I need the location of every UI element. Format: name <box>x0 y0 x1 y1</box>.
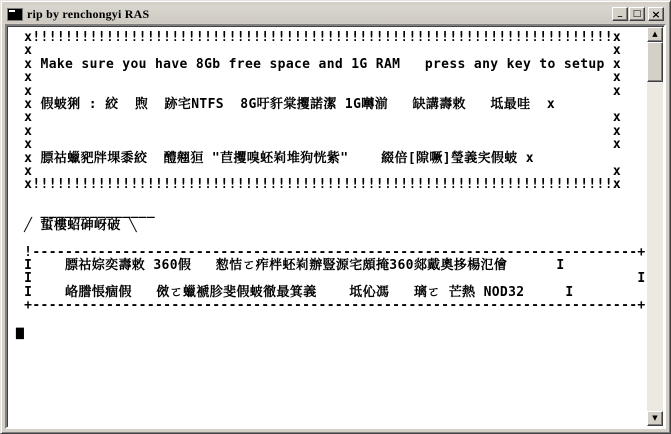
scroll-down-icon[interactable]: ▼ <box>647 411 663 426</box>
close-button[interactable]: × <box>648 7 664 21</box>
vertical-scrollbar[interactable]: ▲ ▼ <box>647 27 663 426</box>
console-output-area[interactable]: x!!!!!!!!!!!!!!!!!!!!!!!!!!!!!!!!!!!!!!!… <box>5 24 666 429</box>
ms-dos-icon[interactable] <box>7 8 23 21</box>
maximize-button[interactable]: □ <box>629 7 645 21</box>
title-bar[interactable]: rip by renchongyi RAS _ □ × <box>5 5 666 23</box>
console-window: rip by renchongyi RAS _ □ × x!!!!!!!!!!!… <box>0 0 671 434</box>
console-text: x!!!!!!!!!!!!!!!!!!!!!!!!!!!!!!!!!!!!!!!… <box>7 26 648 339</box>
scrollbar-thumb[interactable] <box>647 42 663 82</box>
scrollbar-track[interactable] <box>647 42 663 411</box>
window-controls: _ □ × <box>611 7 664 21</box>
scroll-up-icon[interactable]: ▲ <box>647 27 663 42</box>
minimize-button[interactable]: _ <box>612 7 628 21</box>
window-title: rip by renchongyi RAS <box>27 7 611 22</box>
